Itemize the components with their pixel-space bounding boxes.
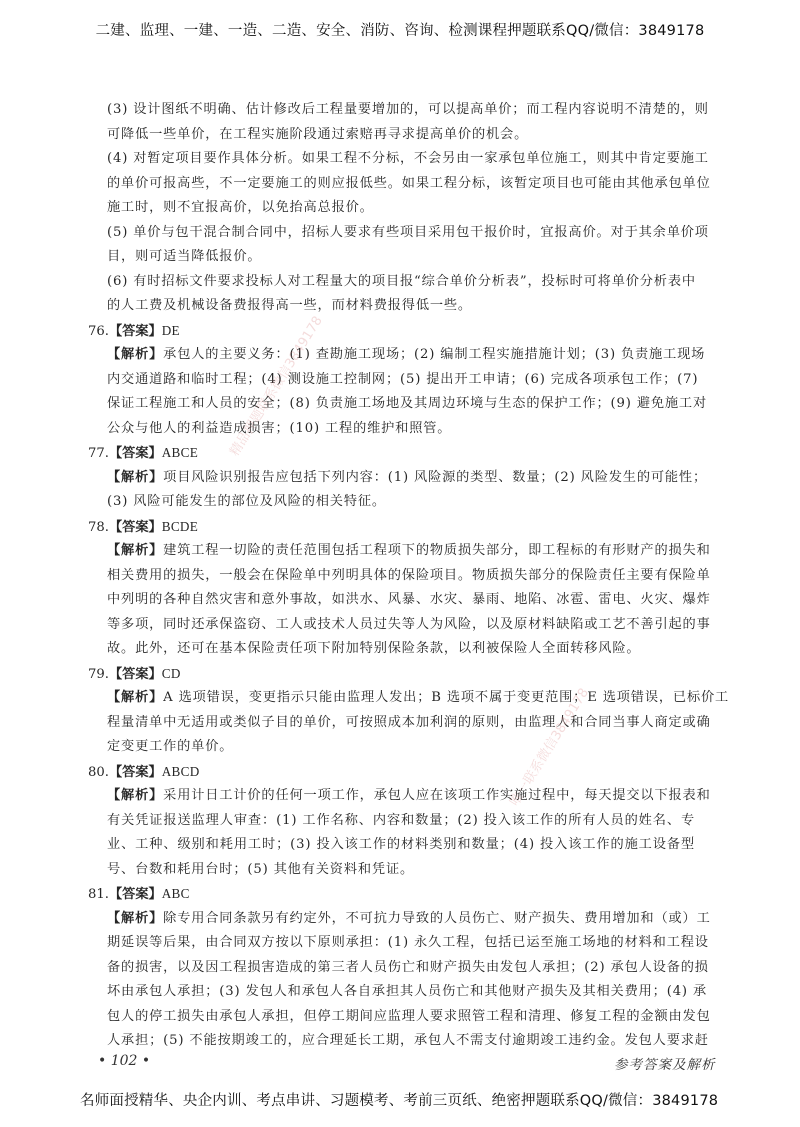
intro-line: 施工时，则不宜报高价，以免抬高总报价。	[107, 199, 374, 217]
analysis-label: 【解析】	[107, 543, 163, 558]
analysis-line: 中列明的各种自然灾害和意外事故，如洪水、风暴、水灾、暴雨、地陷、冰雹、雷电、火灾…	[107, 591, 695, 609]
page-number: • 102 •	[98, 1053, 150, 1069]
question-78-answer: 78.【答案】BCDE	[88, 518, 198, 537]
analysis-text: 采用计日工计价的任何一项工作，承包人应在该项工作实施过程中，每天提交以下报表和	[163, 788, 710, 803]
analysis-line: (3) 风险可能发生的部位及风险的相关特征。	[107, 493, 386, 511]
question-80-answer: 80.【答案】ABCD	[88, 763, 200, 782]
answer-value: DE	[162, 323, 180, 338]
analysis-line: 相关费用的损失，一般会在保险单中列明具体的保险项目。物质损失部分的保险责任主要有…	[107, 567, 695, 585]
analysis-label: 【解析】	[107, 347, 163, 362]
analysis-line: 号、台数和耗用台时；(5) 其他有关资料和凭证。	[107, 861, 414, 879]
analysis-line: 包人的停工损失由承包人承担，但停工期间应监理人要求照管工程和清理、修复工程的金额…	[107, 1008, 695, 1026]
answer-value: BCDE	[162, 519, 198, 534]
document-page: 二建、监理、一建、一造、二造、安全、消防、咨询、检测课程押题联系QQ/微信：38…	[0, 0, 800, 1127]
analysis-line: 有关凭证报送监理人审查：(1) 工作名称、内容和数量；(2) 投入该工作的所有人…	[107, 812, 695, 830]
answer-label: 【答案】	[109, 765, 162, 780]
answer-label: 【答案】	[109, 324, 162, 339]
analysis-label: 【解析】	[107, 911, 163, 926]
analysis-line: 期延误等后果，由合同双方按以下原则承担：(1) 永久工程，包括已运至施工场地的材…	[107, 934, 695, 952]
question-81-answer: 81.【答案】ABC	[88, 885, 190, 904]
question-77-analysis: 【解析】项目风险识别报告应包括下列内容：(1) 风险源的类型、数量；(2) 风险…	[107, 469, 695, 487]
intro-line: 目，则可适当降低报价。	[107, 248, 261, 266]
intro-line: 的人工费及机械设备费报得高一些，而材料费报得低一些。	[107, 297, 472, 315]
answer-label: 【答案】	[109, 446, 162, 461]
question-number: 78.	[88, 520, 109, 535]
answer-value: ABCE	[162, 445, 198, 460]
section-title: 参考答案及解析	[614, 1053, 716, 1073]
header-banner: 二建、监理、一建、一造、二造、安全、消防、咨询、检测课程押题联系QQ/微信：38…	[0, 19, 800, 40]
question-number: 79.	[88, 667, 109, 682]
question-number: 80.	[88, 765, 109, 780]
intro-line: (4) 对暂定项目要作具体分析。如果工程不分标，不会另由一家承包单位施工，则其中…	[107, 150, 695, 168]
intro-line: 可降低一些单价，在工程实施阶段通过索赔再寻求提高单价的机会。	[107, 126, 528, 144]
analysis-label: 【解析】	[107, 470, 163, 485]
analysis-line: 坏由承包人承担；(3) 发包人和承包人各自承担其人员伤亡和其他财产损失及其相关费…	[107, 983, 695, 1001]
question-76-answer: 76.【答案】DE	[88, 322, 180, 341]
analysis-text: 承包人的主要义务：(1) 查勘施工现场；(2) 编制工程实施措施计划；(3) 负…	[163, 347, 705, 362]
question-number: 76.	[88, 324, 109, 339]
analysis-line: 等多项，同时还承保盗窃、工人或技术人员过失等人为风险，以及原材料缺陷或工艺不善引…	[107, 616, 695, 634]
analysis-text: A 选项错误，变更指示只能由监理人发出；B 选项不属于变更范围；E 选项错误，已…	[163, 690, 729, 705]
analysis-label: 【解析】	[107, 788, 163, 803]
question-80-analysis: 【解析】采用计日工计价的任何一项工作，承包人应在该项工作实施过程中，每天提交以下…	[107, 787, 695, 805]
analysis-line: 定变更工作的单价。	[107, 738, 233, 756]
analysis-line: 故。此外，还可在基本保险责任项下附加特别保险条款，以利被保险人全面转移风险。	[107, 640, 640, 658]
intro-line: (3) 设计图纸不明确、估计修改后工程量要增加的，可以提高单价；而工程内容说明不…	[107, 101, 695, 119]
question-79-answer: 79.【答案】CD	[88, 665, 181, 684]
answer-value: ABC	[162, 886, 190, 901]
answer-label: 【答案】	[109, 667, 162, 682]
answer-value: ABCD	[162, 764, 200, 779]
analysis-line: 内交通道路和临时工程；(4) 测设施工控制网；(5) 提出开工申请；(6) 完成…	[107, 371, 695, 389]
intro-line: (6) 有时招标文件要求投标人对工程量大的项目报“综合单价分析表”，投标时可将单…	[107, 273, 695, 291]
question-number: 77.	[88, 446, 109, 461]
analysis-line: 业、工种、级别和耗用工时；(3) 投入该工作的材料类别和数量；(4) 投入该工作…	[107, 836, 695, 854]
question-number: 81.	[88, 887, 109, 902]
analysis-line: 保证工程施工和人员的安全；(8) 负责施工场地及其周边环境与生态的保护工作；(9…	[107, 395, 695, 413]
intro-line: 的单价可报高些，不一定要施工的则应报低些。如果工程分标，该暂定项目也可能由其他承…	[107, 175, 695, 193]
analysis-line: 人承担；(5) 不能按期竣工的，应合理延长工期，承包人不需支付逾期竣工违约金。发…	[107, 1032, 695, 1050]
analysis-text: 除专用合同条款另有约定外，不可抗力导致的人员伤亡、财产损失、费用增加和（或）工	[163, 911, 710, 926]
answer-label: 【答案】	[109, 520, 162, 535]
question-77-answer: 77.【答案】ABCE	[88, 444, 198, 463]
question-76-analysis: 【解析】承包人的主要义务：(1) 查勘施工现场；(2) 编制工程实施措施计划；(…	[107, 346, 695, 364]
analysis-text: 项目风险识别报告应包括下列内容：(1) 风险源的类型、数量；(2) 风险发生的可…	[163, 470, 707, 485]
analysis-line: 公众与他人的利益造成损害；(10) 工程的维护和照管。	[107, 420, 451, 438]
answer-value: CD	[162, 666, 181, 681]
intro-line: (5) 单价与包干混合制合同中，招标人要求有些项目采用包干报价时，宜报高价。对于…	[107, 224, 695, 242]
question-79-analysis: 【解析】A 选项错误，变更指示只能由监理人发出；B 选项不属于变更范围；E 选项…	[107, 689, 695, 707]
question-81-analysis: 【解析】除专用合同条款另有约定外，不可抗力导致的人员伤亡、财产损失、费用增加和（…	[107, 910, 695, 928]
analysis-line: 程量清单中无适用或类似子目的单价，可按照成本加利润的原则，由监理人和合同当事人商…	[107, 714, 695, 732]
analysis-line: 备的损害，以及因工程损害造成的第三者人员伤亡和财产损失由发包人承担；(2) 承包…	[107, 959, 695, 977]
analysis-label: 【解析】	[107, 690, 163, 705]
footer-banner: 名师面授精华、央企内训、考点串讲、习题模考、考前三页纸、绝密押题联系QQ/微信：…	[0, 1089, 800, 1110]
answer-label: 【答案】	[109, 887, 162, 902]
analysis-text: 建筑工程一切险的责任范围包括工程项下的物质损失部分，即工程标的有形财产的损失和	[163, 543, 710, 558]
question-78-analysis: 【解析】建筑工程一切险的责任范围包括工程项下的物质损失部分，即工程标的有形财产的…	[107, 542, 695, 560]
